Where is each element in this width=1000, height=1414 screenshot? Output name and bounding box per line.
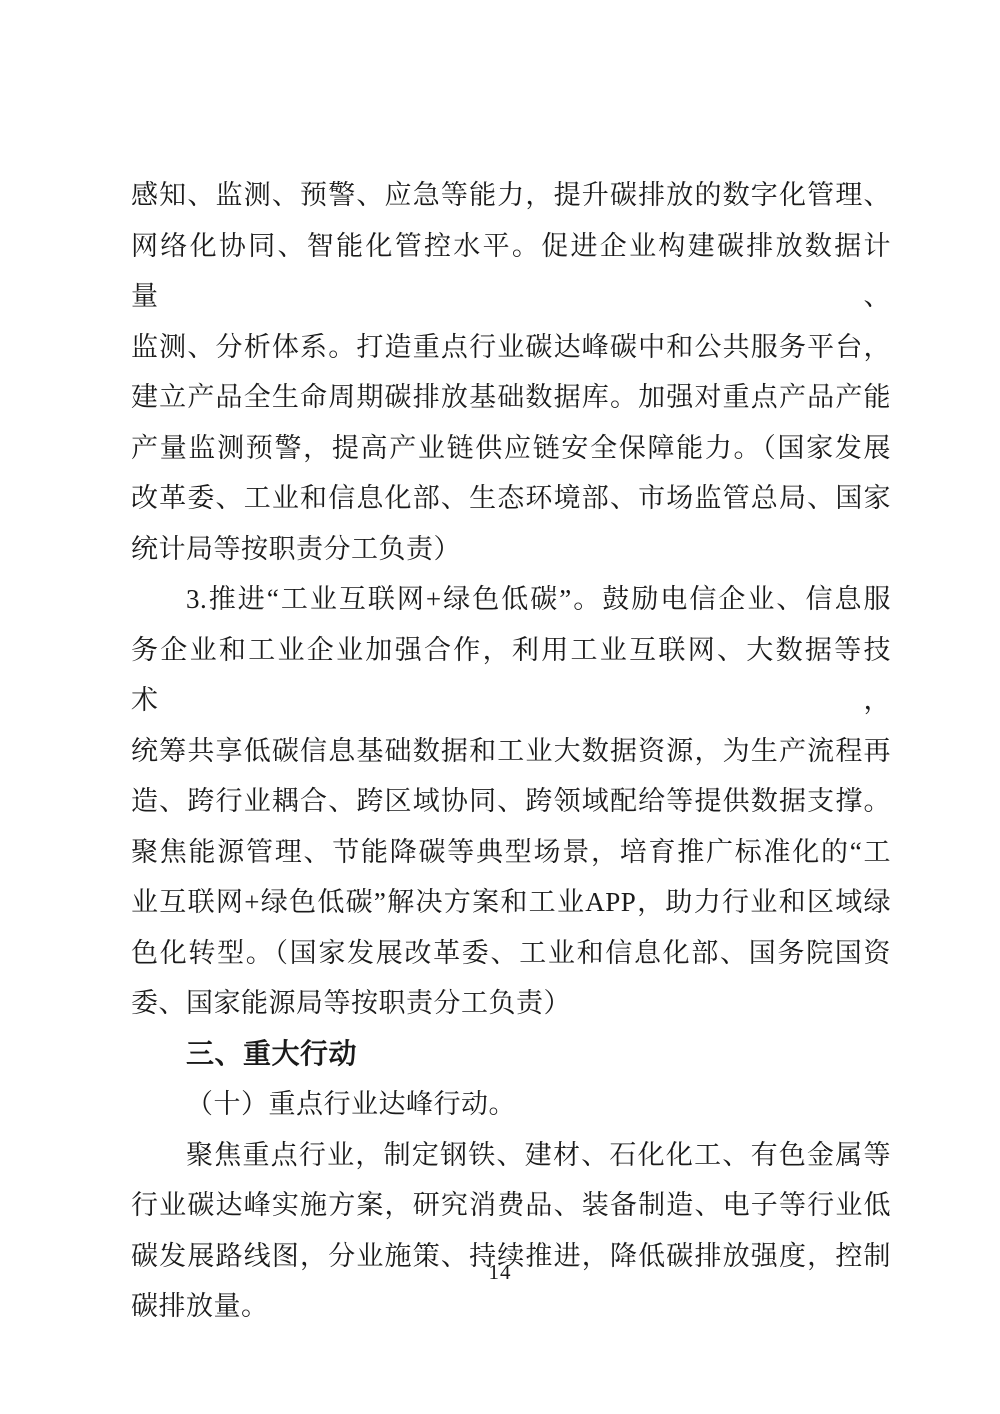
text-line: 行业碳达峰实施方案，研究消费品、装备制造、电子等行业低 [131,1180,891,1231]
text-line: 色化转型。（国家发展改革委、工业和信息化部、国务院国资 [131,928,891,979]
text-line: 网络化协同、智能化管控水平。促进企业构建碳排放数据计量、 [131,221,891,322]
text-line: 统计局等按职责分工负责） [131,524,891,575]
text-line: 监测、分析体系。打造重点行业碳达峰碳中和公共服务平台， [131,322,891,373]
text-line: 改革委、工业和信息化部、生态环境部、市场监管总局、国家 [131,473,891,524]
sub-heading: （十）重点行业达峰行动。 [131,1079,891,1130]
text-line: 聚焦重点行业，制定钢铁、建材、石化化工、有色金属等 [131,1130,891,1181]
text-line: 碳排放量。 [131,1281,891,1332]
text-line: 务企业和工业企业加强合作，利用工业互联网、大数据等技术， [131,625,891,726]
text-line: 建立产品全生命周期碳排放基础数据库。加强对重点产品产能 [131,372,891,423]
text-line: 统筹共享低碳信息基础数据和工业大数据资源，为生产流程再 [131,726,891,777]
page-number: 14 [489,1260,512,1284]
page-footer: 14 [0,1260,1000,1285]
text-line: 感知、监测、预警、应急等能力，提升碳排放的数字化管理、 [131,170,891,221]
document-body: 感知、监测、预警、应急等能力，提升碳排放的数字化管理、 网络化协同、智能化管控水… [131,170,891,1332]
text-line: 委、国家能源局等按职责分工负责） [131,978,891,1029]
text-line: 3.推进“工业互联网+绿色低碳”。鼓励电信企业、信息服 [131,574,891,625]
text-line: 造、跨行业耦合、跨区域协同、跨领域配给等提供数据支撑。 [131,776,891,827]
section-heading: 三、重大行动 [131,1029,891,1080]
document-page: 感知、监测、预警、应急等能力，提升碳排放的数字化管理、 网络化协同、智能化管控水… [0,0,1000,1414]
text-line: 聚焦能源管理、节能降碳等典型场景，培育推广标准化的“工 [131,827,891,878]
text-line: 业互联网+绿色低碳”解决方案和工业APP，助力行业和区域绿 [131,877,891,928]
text-line: 产量监测预警，提高产业链供应链安全保障能力。（国家发展 [131,423,891,474]
